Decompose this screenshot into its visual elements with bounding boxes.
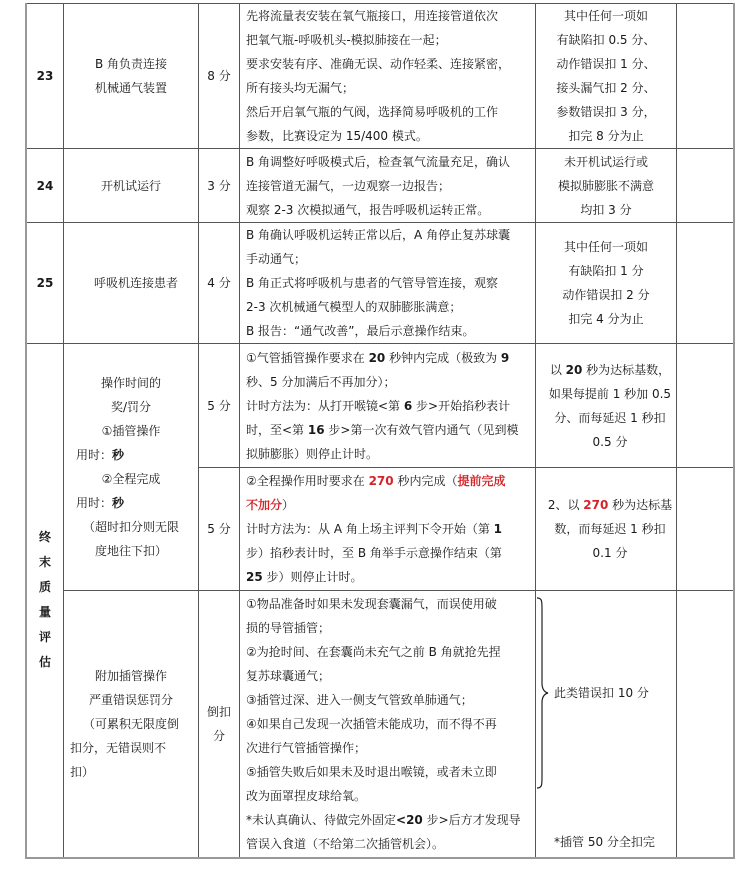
- bold-number: <20: [396, 813, 423, 827]
- description-line: B 角调整好呼吸模式后，检查氧气流量充足，确认: [246, 150, 531, 174]
- description-line: 不加分）: [246, 493, 531, 517]
- penalty-item-name: 附加插管操作 严重错误惩罚分 （可累积无限度倒 扣分，无错误则不 扣）: [64, 591, 199, 858]
- deduction-line: 扣完 4 分为止: [536, 307, 676, 331]
- description-line: 把氧气瓶-呼吸机头-模拟肺接在一起；: [246, 28, 531, 52]
- score-line: 倒扣: [199, 700, 239, 724]
- description-line: B 角正式将呼吸机与患者的气管导管连接，观察: [246, 271, 531, 295]
- deduction-line: 2、以 270 秒为达标基: [544, 493, 676, 517]
- section-label-char: 末: [38, 550, 52, 575]
- red-number: 270: [369, 474, 394, 488]
- actual-score-cell[interactable]: [677, 4, 735, 149]
- table-row-23: 23 B 角负责连接 机械通气装置 8 分 先将流量表安装在氧气瓶接口，用连接管…: [26, 4, 734, 149]
- bold-number: 9: [501, 351, 509, 365]
- text: *未认真确认、待做完外固定: [246, 813, 396, 827]
- deduction-line: 接头漏气扣 2 分、: [536, 76, 676, 100]
- text: 步>开始掐秒表计: [412, 399, 510, 413]
- bold-number: 6: [404, 399, 412, 413]
- text: 秒为达标基数，: [582, 363, 670, 377]
- section-label-char: 评: [38, 625, 52, 650]
- item-name-line: 操作时间的: [64, 371, 198, 395]
- scoring-table: 23 B 角负责连接 机械通气装置 8 分 先将流量表安装在氧气瓶接口，用连接管…: [25, 3, 735, 859]
- step-description: 先将流量表安装在氧气瓶接口，用连接管道依次 把氧气瓶-呼吸机头-模拟肺接在一起；…: [240, 4, 536, 149]
- timing-1-deduction: 以 20 秒为达标基数， 如果每提前 1 秒加 0.5 分、而每延迟 1 秒扣 …: [536, 344, 677, 468]
- timing-2-deduction: 2、以 270 秒为达标基 数，而每延迟 1 秒扣 0.1 分: [536, 468, 677, 591]
- description-line: 损的导管插管；: [246, 616, 531, 640]
- description-line: 计时方法为：从 A 角上场主评判下令开始（第 1: [246, 517, 531, 541]
- deduction-line: 未开机试运行或: [536, 150, 676, 174]
- text: 秒内完成（: [394, 474, 458, 488]
- text: ①气管插管操作要求在: [246, 351, 369, 365]
- step-number: 23: [26, 4, 64, 149]
- deduction-line: 动作错误扣 1 分、: [536, 52, 676, 76]
- step-description: B 角调整好呼吸模式后，检查氧气流量充足，确认 连接管道无漏气，一边观察一边报告…: [240, 149, 536, 223]
- description-line: 手动通气；: [246, 247, 531, 271]
- section-label: 终 末 质 量 评 估: [26, 344, 64, 858]
- item-name-line: 扣分，无错误则不: [64, 736, 198, 760]
- scoring-table-container: 23 B 角负责连接 机械通气装置 8 分 先将流量表安装在氧气瓶接口，用连接管…: [25, 3, 735, 859]
- penalty-score: 倒扣 分: [199, 591, 240, 858]
- deduction-line: 有缺陷扣 0.5 分、: [536, 28, 676, 52]
- step-name: 呼吸机连接患者: [64, 223, 199, 344]
- timing-used-label: 用时：秒: [76, 448, 124, 462]
- red-emphasis: 不加分: [246, 498, 282, 512]
- deduction-line: 其中任何一项如: [536, 4, 676, 28]
- deduction-line: 分、而每延迟 1 秒扣: [544, 406, 676, 430]
- seconds-unit: 秒: [112, 496, 124, 510]
- bold-number: 20: [369, 351, 386, 365]
- section-label-char: 量: [38, 600, 52, 625]
- step-name-line: B 角负责连接: [64, 52, 198, 76]
- penalty-description: ①物品准备时如果未发现套囊漏气，而误使用破 损的导管插管； ②为抢时间、在套囊尚…: [240, 591, 536, 858]
- description-line: 2-3 次机械通气模型人的双肺膨胀满意；: [246, 295, 531, 319]
- step-number: 24: [26, 149, 64, 223]
- deduction-line: 动作错误扣 2 分: [536, 283, 676, 307]
- description-line: ④如果自己发现一次插管未能成功，而不得不再: [246, 712, 531, 736]
- penalty-deduction-box: 此类错误扣 10 分 *插管 50 分全扣完: [536, 591, 676, 856]
- item-name-line: 用时：秒: [64, 443, 198, 467]
- description-line: ②为抢时间、在套囊尚未充气之前 B 角就抢先捏: [246, 640, 531, 664]
- seconds-unit: 秒: [112, 448, 124, 462]
- item-name-line: 用时：秒: [64, 491, 198, 515]
- timing-2-score: 5 分: [199, 468, 240, 591]
- text: ②全程操作用时要求在: [246, 474, 369, 488]
- timing-2-description: ②全程操作用时要求在 270 秒内完成（提前完成 不加分） 计时方法为：从 A …: [240, 468, 536, 591]
- text: 秒钟内完成（极致为: [385, 351, 501, 365]
- description-line: 连接管道无漏气，一边观察一边报告；: [246, 174, 531, 198]
- description-line: 秒、5 分加满后不再加分）；: [246, 370, 531, 394]
- step-name: 开机试运行: [64, 149, 199, 223]
- item-name-line: 奖/罚分: [64, 395, 198, 419]
- description-line: ①气管插管操作要求在 20 秒钟内完成（极致为 9: [246, 346, 531, 370]
- step-score: 3 分: [199, 149, 240, 223]
- timing-1-score: 5 分: [199, 344, 240, 468]
- deduction-line: 0.1 分: [544, 541, 676, 565]
- description-line: 时，至<第 16 步>第一次有效气管内通气（见到模: [246, 418, 531, 442]
- description-line: 拟肺膨胀）则停止计时。: [246, 442, 531, 466]
- deduction-line: 如果每提前 1 秒加 0.5: [544, 382, 676, 406]
- description-line: 观察 2-3 次模拟通气，报告呼吸机运转正常。: [246, 198, 531, 222]
- text: 步>第一次有效气管内通气（见到模: [325, 423, 519, 437]
- step-score: 8 分: [199, 4, 240, 149]
- description-line: ③插管过深、进入一侧支气管致单肺通气；: [246, 688, 531, 712]
- item-name-line: （超时扣分则无限: [64, 515, 198, 539]
- deduction-line: 数，而每延迟 1 秒扣: [544, 517, 676, 541]
- actual-score-cell[interactable]: [677, 223, 735, 344]
- description-line: 参数，比赛设定为 15/400 模式。: [246, 124, 531, 148]
- actual-score-cell[interactable]: [677, 468, 735, 591]
- penalty-deduction-footnote: *插管 50 分全扣完: [554, 830, 655, 854]
- red-number: 270: [583, 498, 608, 512]
- description-line: ⑤插管失败后如果未及时退出喉镜，或者未立即: [246, 760, 531, 784]
- actual-score-cell[interactable]: [677, 149, 735, 223]
- timing-1-description: ①气管插管操作要求在 20 秒钟内完成（极致为 9 秒、5 分加满后不再加分）；…: [240, 344, 536, 468]
- step-name: B 角负责连接 机械通气装置: [64, 4, 199, 149]
- deduction-rule: 未开机试运行或 模拟肺膨胀不满意 均扣 3 分: [536, 149, 677, 223]
- section-label-char: 终: [38, 525, 52, 550]
- description-line: 复苏球囊通气；: [246, 664, 531, 688]
- description-line: 先将流量表安装在氧气瓶接口，用连接管道依次: [246, 4, 531, 28]
- deduction-line: 均扣 3 分: [536, 198, 676, 222]
- table-row-24: 24 开机试运行 3 分 B 角调整好呼吸模式后，检查氧气流量充足，确认 连接管…: [26, 149, 734, 223]
- text: 计时方法为：从 A 角上场主评判下令开始（第: [246, 522, 494, 536]
- bold-number: 25: [246, 570, 263, 584]
- right-brace-icon: [536, 597, 550, 789]
- step-score: 4 分: [199, 223, 240, 344]
- deduction-line: 有缺陷扣 1 分: [536, 259, 676, 283]
- item-name-line: 附加插管操作: [64, 664, 198, 688]
- table-row-25: 25 呼吸机连接患者 4 分 B 角确认呼吸机运转正常以后，A 角停止复苏球囊 …: [26, 223, 734, 344]
- item-name-line: ①插管操作: [64, 419, 198, 443]
- timing-item-name: 操作时间的 奖/罚分 ①插管操作 用时：秒 ②全程完成 用时：秒 （超时扣分则无…: [64, 344, 199, 591]
- item-name-line: 度地往下扣）: [64, 539, 198, 563]
- table-row-penalty: 附加插管操作 严重错误惩罚分 （可累积无限度倒 扣分，无错误则不 扣） 倒扣 分…: [26, 591, 734, 858]
- deduction-line: 模拟肺膨胀不满意: [536, 174, 676, 198]
- text: ）: [282, 498, 294, 512]
- timing-used-label: 用时：秒: [76, 496, 124, 510]
- description-line: *未认真确认、待做完外固定<20 步>后方才发现导: [246, 808, 531, 832]
- text: 时，至<第: [246, 423, 308, 437]
- description-line: B 报告：“通气改善”，最后示意操作结束。: [246, 319, 531, 343]
- description-line: 管误入食道（不给第二次插管机会）。: [246, 832, 531, 856]
- penalty-deduction-main: 此类错误扣 10 分: [554, 681, 649, 705]
- deduction-line: 以 20 秒为达标基数，: [544, 358, 676, 382]
- deduction-line: 参数错误扣 3 分，: [536, 100, 676, 124]
- table-row-timing-1: 终 末 质 量 评 估 操作时间的 奖/罚分 ①插管操作 用时：秒 ②全程完成 …: [26, 344, 734, 468]
- description-line: 所有接头均无漏气；: [246, 76, 531, 100]
- deduction-line: 0.5 分: [544, 430, 676, 454]
- step-name-line: 呼吸机连接患者: [74, 271, 198, 295]
- text: 计时方法为：从打开喉镜<第: [246, 399, 404, 413]
- description-line: ②全程操作用时要求在 270 秒内完成（提前完成: [246, 469, 531, 493]
- bold-number: 16: [308, 423, 325, 437]
- actual-score-cell[interactable]: [677, 344, 735, 468]
- text: 以: [550, 363, 566, 377]
- text: 2、以: [548, 498, 583, 512]
- bold-number: 20: [566, 363, 583, 377]
- step-description: B 角确认呼吸机运转正常以后，A 角停止复苏球囊 手动通气； B 角正式将呼吸机…: [240, 223, 536, 344]
- description-line: 次进行气管插管操作；: [246, 736, 531, 760]
- deduction-rule: 其中任何一项如 有缺陷扣 1 分 动作错误扣 2 分 扣完 4 分为止: [536, 223, 677, 344]
- step-name-line: 机械通气装置: [64, 76, 198, 100]
- description-line: 计时方法为：从打开喉镜<第 6 步>开始掐秒表计: [246, 394, 531, 418]
- step-number: 25: [26, 223, 64, 344]
- description-line: 步）掐秒表计时，至 B 角举手示意操作结束（第: [246, 541, 531, 565]
- text: 步>后方才发现导: [423, 813, 521, 827]
- description-line: B 角确认呼吸机运转正常以后，A 角停止复苏球囊: [246, 223, 531, 247]
- section-label-char: 质: [38, 575, 52, 600]
- description-line: 25 步）则停止计时。: [246, 565, 531, 589]
- deduction-line: 扣完 8 分为止: [536, 124, 676, 148]
- description-line: 改为面罩捏皮球给氧。: [246, 784, 531, 808]
- description-line: 然后开启氧气瓶的气阀，选择简易呼吸机的工作: [246, 100, 531, 124]
- actual-score-cell[interactable]: [677, 591, 735, 858]
- text: 步）则停止计时。: [263, 570, 363, 584]
- item-name-line: （可累积无限度倒: [64, 712, 198, 736]
- score-line: 分: [199, 724, 239, 748]
- bold-number: 1: [494, 522, 502, 536]
- section-label-char: 估: [38, 650, 52, 675]
- item-name-line: 严重错误惩罚分: [64, 688, 198, 712]
- penalty-deduction: 此类错误扣 10 分 *插管 50 分全扣完: [536, 591, 677, 858]
- description-line: ①物品准备时如果未发现套囊漏气，而误使用破: [246, 592, 531, 616]
- deduction-line: 其中任何一项如: [536, 235, 676, 259]
- item-name-line: 扣）: [64, 760, 198, 784]
- item-name-line: ②全程完成: [64, 467, 198, 491]
- deduction-rule: 其中任何一项如 有缺陷扣 0.5 分、 动作错误扣 1 分、 接头漏气扣 2 分…: [536, 4, 677, 149]
- text: 秒为达标基: [608, 498, 672, 512]
- description-line: 要求安装有序、准确无误、动作轻柔、连接紧密，: [246, 52, 531, 76]
- red-emphasis: 提前完成: [457, 474, 505, 488]
- step-name-line: 开机试运行: [64, 174, 198, 198]
